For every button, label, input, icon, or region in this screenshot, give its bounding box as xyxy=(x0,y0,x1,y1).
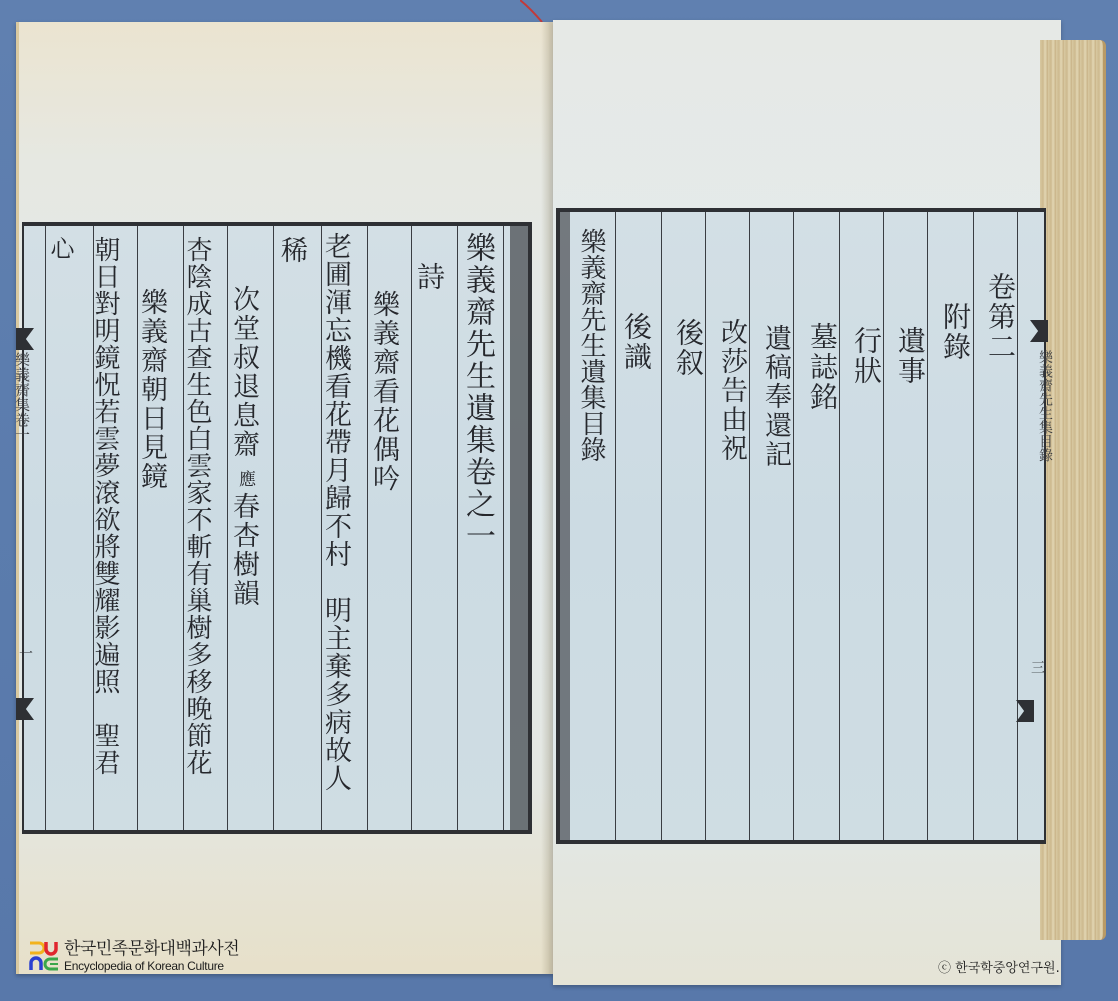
toc-item-myojimyeong: 墓誌銘 xyxy=(808,322,836,412)
right-col-5 xyxy=(794,212,840,840)
toc-item-haengjang: 行狀 xyxy=(852,326,880,386)
left-center-strip xyxy=(24,226,46,830)
left-fold-page-number: 一 xyxy=(18,646,32,662)
appendix-heading: 附錄 xyxy=(941,302,969,362)
poem1-verse-end: 稀 xyxy=(278,236,305,265)
left-fold-title: 樂義齋集卷一 xyxy=(14,352,29,442)
poem1-title: 樂義齋看花偶吟 xyxy=(370,290,397,493)
bookmark-string xyxy=(520,0,550,24)
right-col-4 xyxy=(840,212,884,840)
right-page-frame xyxy=(556,208,1046,844)
collection-title: 樂義齋先生遺集卷之一 xyxy=(462,232,492,552)
right-col-3 xyxy=(884,212,928,840)
toc-title: 樂義齋先生遺集目錄 xyxy=(578,228,604,462)
right-page-margin-band xyxy=(560,212,570,840)
right-col-8 xyxy=(662,212,706,840)
toc-item-yugo-bonghwangi: 遺稿奉還記 xyxy=(762,324,789,469)
right-col-7 xyxy=(706,212,750,840)
page-edges xyxy=(1040,40,1106,940)
poem2-verse: 杏陰成古查生色白雲家不斬有巢樹多移晚節花 xyxy=(184,236,210,776)
left-page-margin-band xyxy=(510,226,528,830)
poem2-title-rest: 春杏樹韻 xyxy=(230,492,257,608)
genre-heading: 詩 xyxy=(415,262,443,292)
volume-heading: 卷第二 xyxy=(986,272,1014,362)
logo-english-name: Encyclopedia of Korean Culture xyxy=(64,960,239,972)
toc-item-husik: 後識 xyxy=(622,312,650,372)
left-col-5 xyxy=(274,226,322,830)
left-col-10 xyxy=(46,226,94,830)
left-col-2 xyxy=(412,226,458,830)
poem3-verse: 朝日對明鏡怳若雲夢滾欲將雙耀影遍照 聖君 xyxy=(92,236,118,776)
poem2-title-note: 應 xyxy=(236,470,253,489)
right-col-6 xyxy=(750,212,794,840)
right-fold-title: 樂義齋先生集目錄 xyxy=(1038,350,1052,462)
poem3-verse-end: 心 xyxy=(48,236,72,262)
right-col-9 xyxy=(616,212,662,840)
toc-item-husuh: 後叙 xyxy=(674,318,702,378)
poem1-verse: 老圃渾忘機看花帶月歸不村 明主棄多病故人 xyxy=(322,232,349,792)
encyclopedia-logo: 한국민족문화대백과사전 Encyclopedia of Korean Cultu… xyxy=(28,940,239,972)
encykorea-logo-icon xyxy=(28,940,60,972)
logo-korean-name: 한국민족문화대백과사전 xyxy=(64,941,239,958)
poem2-title: 次堂叔退息齋 xyxy=(230,285,257,459)
right-fold-page-number: 三 xyxy=(1030,660,1044,676)
toc-item-yisa: 遺事 xyxy=(896,326,924,386)
toc-item-gaesa-goyuchuk: 改莎告由祝 xyxy=(718,318,745,463)
copyright-notice: ⓒ 한국학중앙연구원. xyxy=(938,957,1060,976)
poem3-title: 樂義齋朝日見鏡 xyxy=(138,288,165,491)
